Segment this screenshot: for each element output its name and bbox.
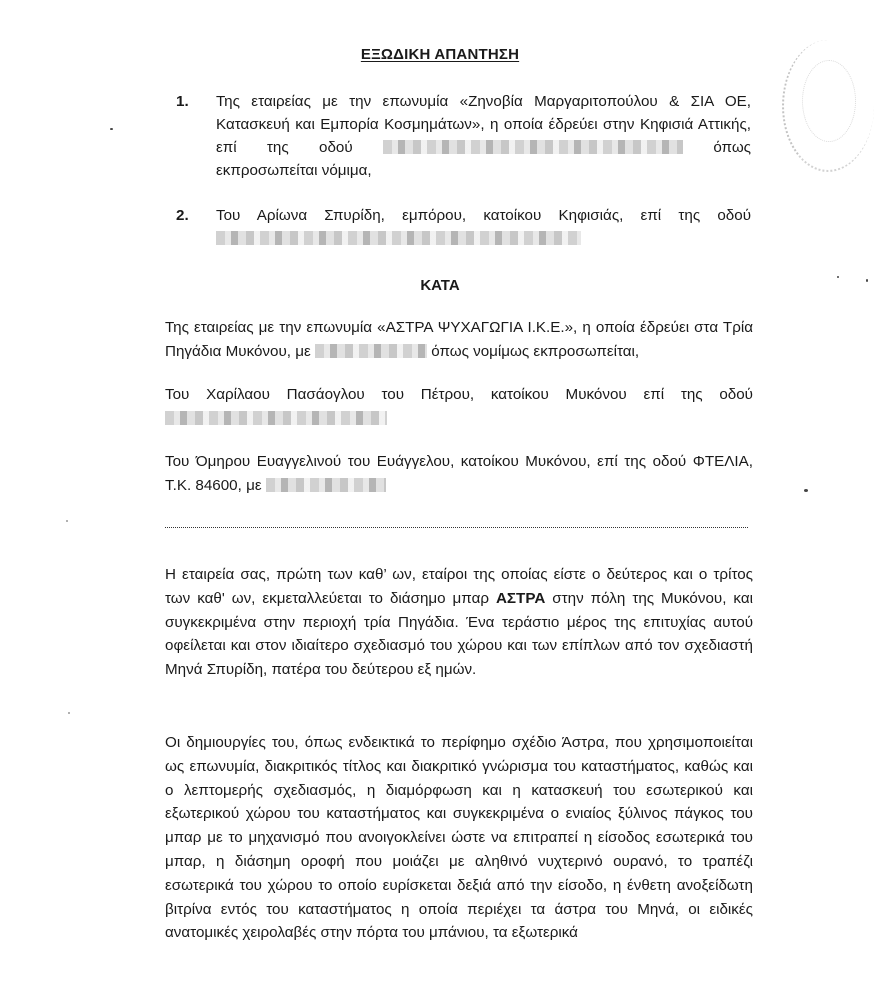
bar-name-bold: ΑΣΤΡΑ (496, 590, 545, 607)
redacted-address (165, 411, 387, 425)
sender-number: 2. (176, 204, 189, 227)
scan-speck (110, 128, 113, 130)
recipient-person-1: Του Χαρίλαου Πασάογλου του Πέτρου, κατοί… (165, 383, 753, 430)
recipient-text-part: Του Όμηρου Ευαγγελινού του Ευάγγελου, κα… (165, 453, 753, 494)
sender-number: 1. (176, 90, 189, 113)
document-title-text: ΕΞΩΔΙΚΗ ΑΠΑΝΤΗΣΗ (361, 46, 519, 63)
sender-item-2: 2. Του Αρίωνα Σπυρίδη, εμπόρου, κατοίκου… (176, 204, 751, 250)
scan-speck (68, 712, 70, 714)
document-page: ΕΞΩΔΙΚΗ ΑΠΑΝΤΗΣΗ 1. Της εταιρείας με την… (0, 0, 880, 996)
against-heading: ΚΑΤΑ (0, 277, 880, 294)
stamp-inner-ring (802, 60, 856, 142)
document-title: ΕΞΩΔΙΚΗ ΑΠΑΝΤΗΣΗ (0, 46, 880, 63)
body-paragraph-1: Η εταιρεία σας, πρώτη των καθ’ ων, εταίρ… (165, 563, 753, 682)
redacted-address (216, 231, 581, 245)
sender-text: Του Αρίωνα Σπυρίδη, εμπόρου, κατοίκου Κη… (216, 204, 751, 250)
redacted-address (383, 140, 683, 154)
recipient-person-2: Του Όμηρου Ευαγγελινού του Ευάγγελου, κα… (165, 450, 753, 497)
sender-text: Της εταιρείας με την επωνυμία «Ζηνοβία Μ… (216, 90, 751, 182)
scan-speck (66, 520, 68, 522)
recipient-company: Της εταιρείας με την επωνυμία «ΑΣΤΡΑ ΨΥΧ… (165, 316, 753, 363)
recipient-text-part: όπως νομίμως εκπροσωπείται, (431, 343, 639, 360)
separator-dotted-line (165, 527, 748, 528)
redacted-details (266, 478, 386, 492)
body-paragraph-2: Οι δημιουργίες του, όπως ενδεικτικά το π… (165, 731, 753, 945)
scan-speck (804, 489, 808, 492)
recipient-text-part: Του Χαρίλαου Πασάογλου του Πέτρου, κατοί… (165, 386, 753, 403)
sender-item-1: 1. Της εταιρείας με την επωνυμία «Ζηνοβί… (176, 90, 751, 182)
redacted-details (315, 344, 427, 358)
sender-text-part: Του Αρίωνα Σπυρίδη, εμπόρου, κατοίκου Κη… (216, 207, 751, 224)
